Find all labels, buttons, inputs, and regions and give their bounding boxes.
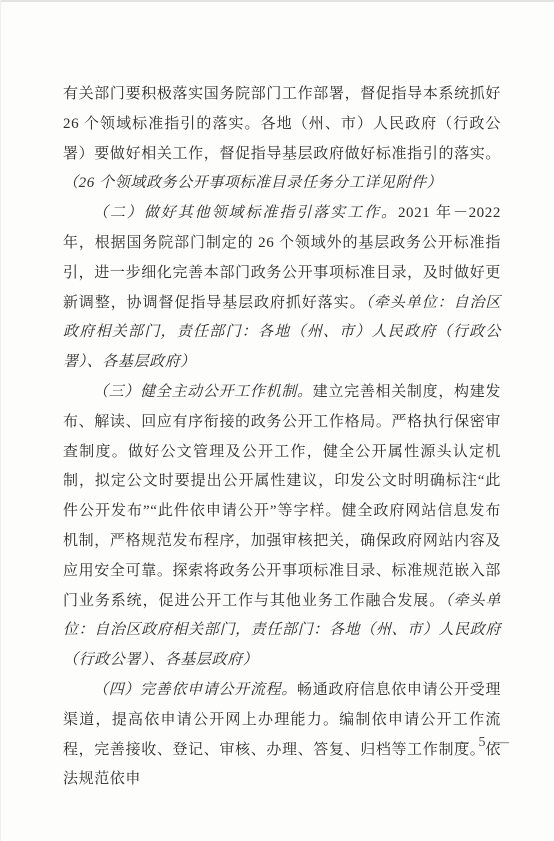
attachment-note: （26 个领域政务公开事项标准目录任务分工详见附件） [63, 175, 442, 191]
item-2-heading: （二）做好其他领域标准指引落实工作。 [93, 205, 398, 221]
paragraph-item-3: （三）健全主动公开工作机制。建立完善相关制度，构建发布、解读、回应有序衔接的政务… [63, 378, 501, 676]
paragraph-item-4: （四）完善依申请公开流程。畅通政府信息依申请公开受理渠道，提高依申请公开网上办理… [63, 676, 501, 795]
item-4-heading: （四）完善依申请公开流程。 [93, 682, 297, 698]
page-number: — 5 — [455, 735, 512, 751]
document-page: 有关部门要积极落实国务院部门工作部署，督促指导本系统抓好 26 个领域标准指引的… [0, 0, 554, 841]
paragraph-text: 有关部门要积极落实国务院部门工作部署，督促指导本系统抓好 26 个领域标准指引的… [63, 86, 501, 162]
scan-edge [0, 0, 1, 841]
document-body: 有关部门要积极落实国务院部门工作部署，督促指导本系统抓好 26 个领域标准指引的… [63, 80, 501, 795]
scan-edge [0, 0, 554, 2]
paragraph-item-2: （二）做好其他领域标准指引落实工作。2021 年－2022 年，根据国务院部门制… [63, 199, 501, 378]
item-3-text: 建立完善相关制度，构建发布、解读、回应有序衔接的政务公开工作格局。严格执行保密审… [63, 384, 501, 609]
paragraph-continuation: 有关部门要积极落实国务院部门工作部署，督促指导本系统抓好 26 个领域标准指引的… [63, 80, 501, 199]
item-3-heading: （三）健全主动公开工作机制。 [93, 384, 313, 400]
